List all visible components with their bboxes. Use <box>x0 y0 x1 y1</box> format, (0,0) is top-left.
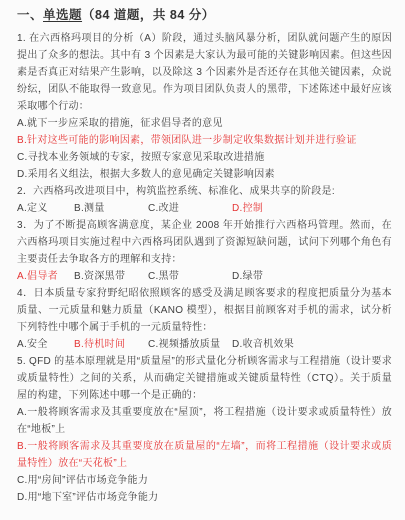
section-title: 一、单选题（84 道题，共 84 分） <box>17 5 392 25</box>
option-answer-highlighted: A.倡导者 <box>17 268 74 285</box>
option: C.用“房间”评估市场竞争能力 <box>17 472 392 489</box>
options: A.安全B.待机时间C.视频播放质量D.收音机效果 <box>17 336 392 353</box>
option: C.黑带 <box>148 268 232 285</box>
section-title-suffix: （84 道题，共 84 分） <box>82 8 215 22</box>
option: D.采用名义组法，根据大多数人的意见确定关键影响因素 <box>17 166 392 183</box>
option-answer-highlighted: B.针对这些可能的影响因素，带领团队进一步制定收集数据计划并进行验证 <box>17 132 392 149</box>
option: A.定义 <box>17 200 74 217</box>
option-answer-highlighted: B.待机时间 <box>74 336 148 353</box>
question-stem: 2．六西格玛改进项目中，构筑监控系统、标准化、成果共享的阶段是: <box>17 183 392 200</box>
options: A.倡导者B.资深黑带C.黑带D.绿带 <box>17 268 392 285</box>
option-answer-highlighted: D.控制 <box>232 200 263 217</box>
question: 2．六西格玛改进项目中，构筑监控系统、标准化、成果共享的阶段是: A.定义B.测… <box>17 183 392 217</box>
question: 3．为了不断提高顾客满意度，某企业 2008 年开始推行六西格玛管理。然而，在六… <box>17 217 392 285</box>
options: A.就下一步应采取的措施，征求倡导者的意见B.针对这些可能的影响因素，带领团队进… <box>17 115 392 183</box>
option: C.视频播放质量 <box>148 336 232 353</box>
option: A.安全 <box>17 336 74 353</box>
option: D.绿带 <box>232 268 263 285</box>
option: A.一般将顾客需求及其重要度放在“屋顶”，将工程措施（设计要求或质量特性）放在“… <box>17 404 392 438</box>
question-stem: 4．日本质量专家狩野纪昭依照顾客的感受及满足顾客要求的程度把质量分为基本质量、一… <box>17 285 392 336</box>
question: 5. QFD 的基本原理就是用“质量屋”的形式量化分析顾客需求与工程措施（设计要… <box>17 353 392 506</box>
options: A.一般将顾客需求及其重要度放在“屋顶”，将工程措施（设计要求或质量特性）放在“… <box>17 404 392 506</box>
option: B.测量 <box>74 200 148 217</box>
exam-document-page: 一、单选题（84 道题，共 84 分） 1. 在六西格玛项目的分析（A）阶段，通… <box>0 0 405 520</box>
option: C.改进 <box>148 200 232 217</box>
option-answer-highlighted: B.一般将顾客需求及其重要度放在质量屋的“左墙”，而将工程措施（设计要求或质量特… <box>17 438 392 472</box>
options: A.定义B.测量C.改进D.控制 <box>17 200 392 217</box>
option: D.用“地下室”评估市场竞争能力 <box>17 489 392 506</box>
question-stem: 3．为了不断提高顾客满意度，某企业 2008 年开始推行六西格玛管理。然而，在六… <box>17 217 392 268</box>
option: C.寻找本业务领域的专家，按照专家意见采取改进措施 <box>17 149 392 166</box>
section-title-underlined: 单选题 <box>43 8 82 22</box>
option: A.就下一步应采取的措施，征求倡导者的意见 <box>17 115 392 132</box>
option: B.资深黑带 <box>74 268 148 285</box>
question: 1. 在六西格玛项目的分析（A）阶段，通过头脑风暴分析，团队就问题产生的原因提出… <box>17 30 392 183</box>
question-stem: 5. QFD 的基本原理就是用“质量屋”的形式量化分析顾客需求与工程措施（设计要… <box>17 353 392 404</box>
section-title-prefix: 一、 <box>17 8 43 22</box>
question-stem: 1. 在六西格玛项目的分析（A）阶段，通过头脑风暴分析，团队就问题产生的原因提出… <box>17 30 392 115</box>
option: D.收音机效果 <box>232 336 294 353</box>
question: 4．日本质量专家狩野纪昭依照顾客的感受及满足顾客要求的程度把质量分为基本质量、一… <box>17 285 392 353</box>
questions: 1. 在六西格玛项目的分析（A）阶段，通过头脑风暴分析，团队就问题产生的原因提出… <box>17 30 392 506</box>
